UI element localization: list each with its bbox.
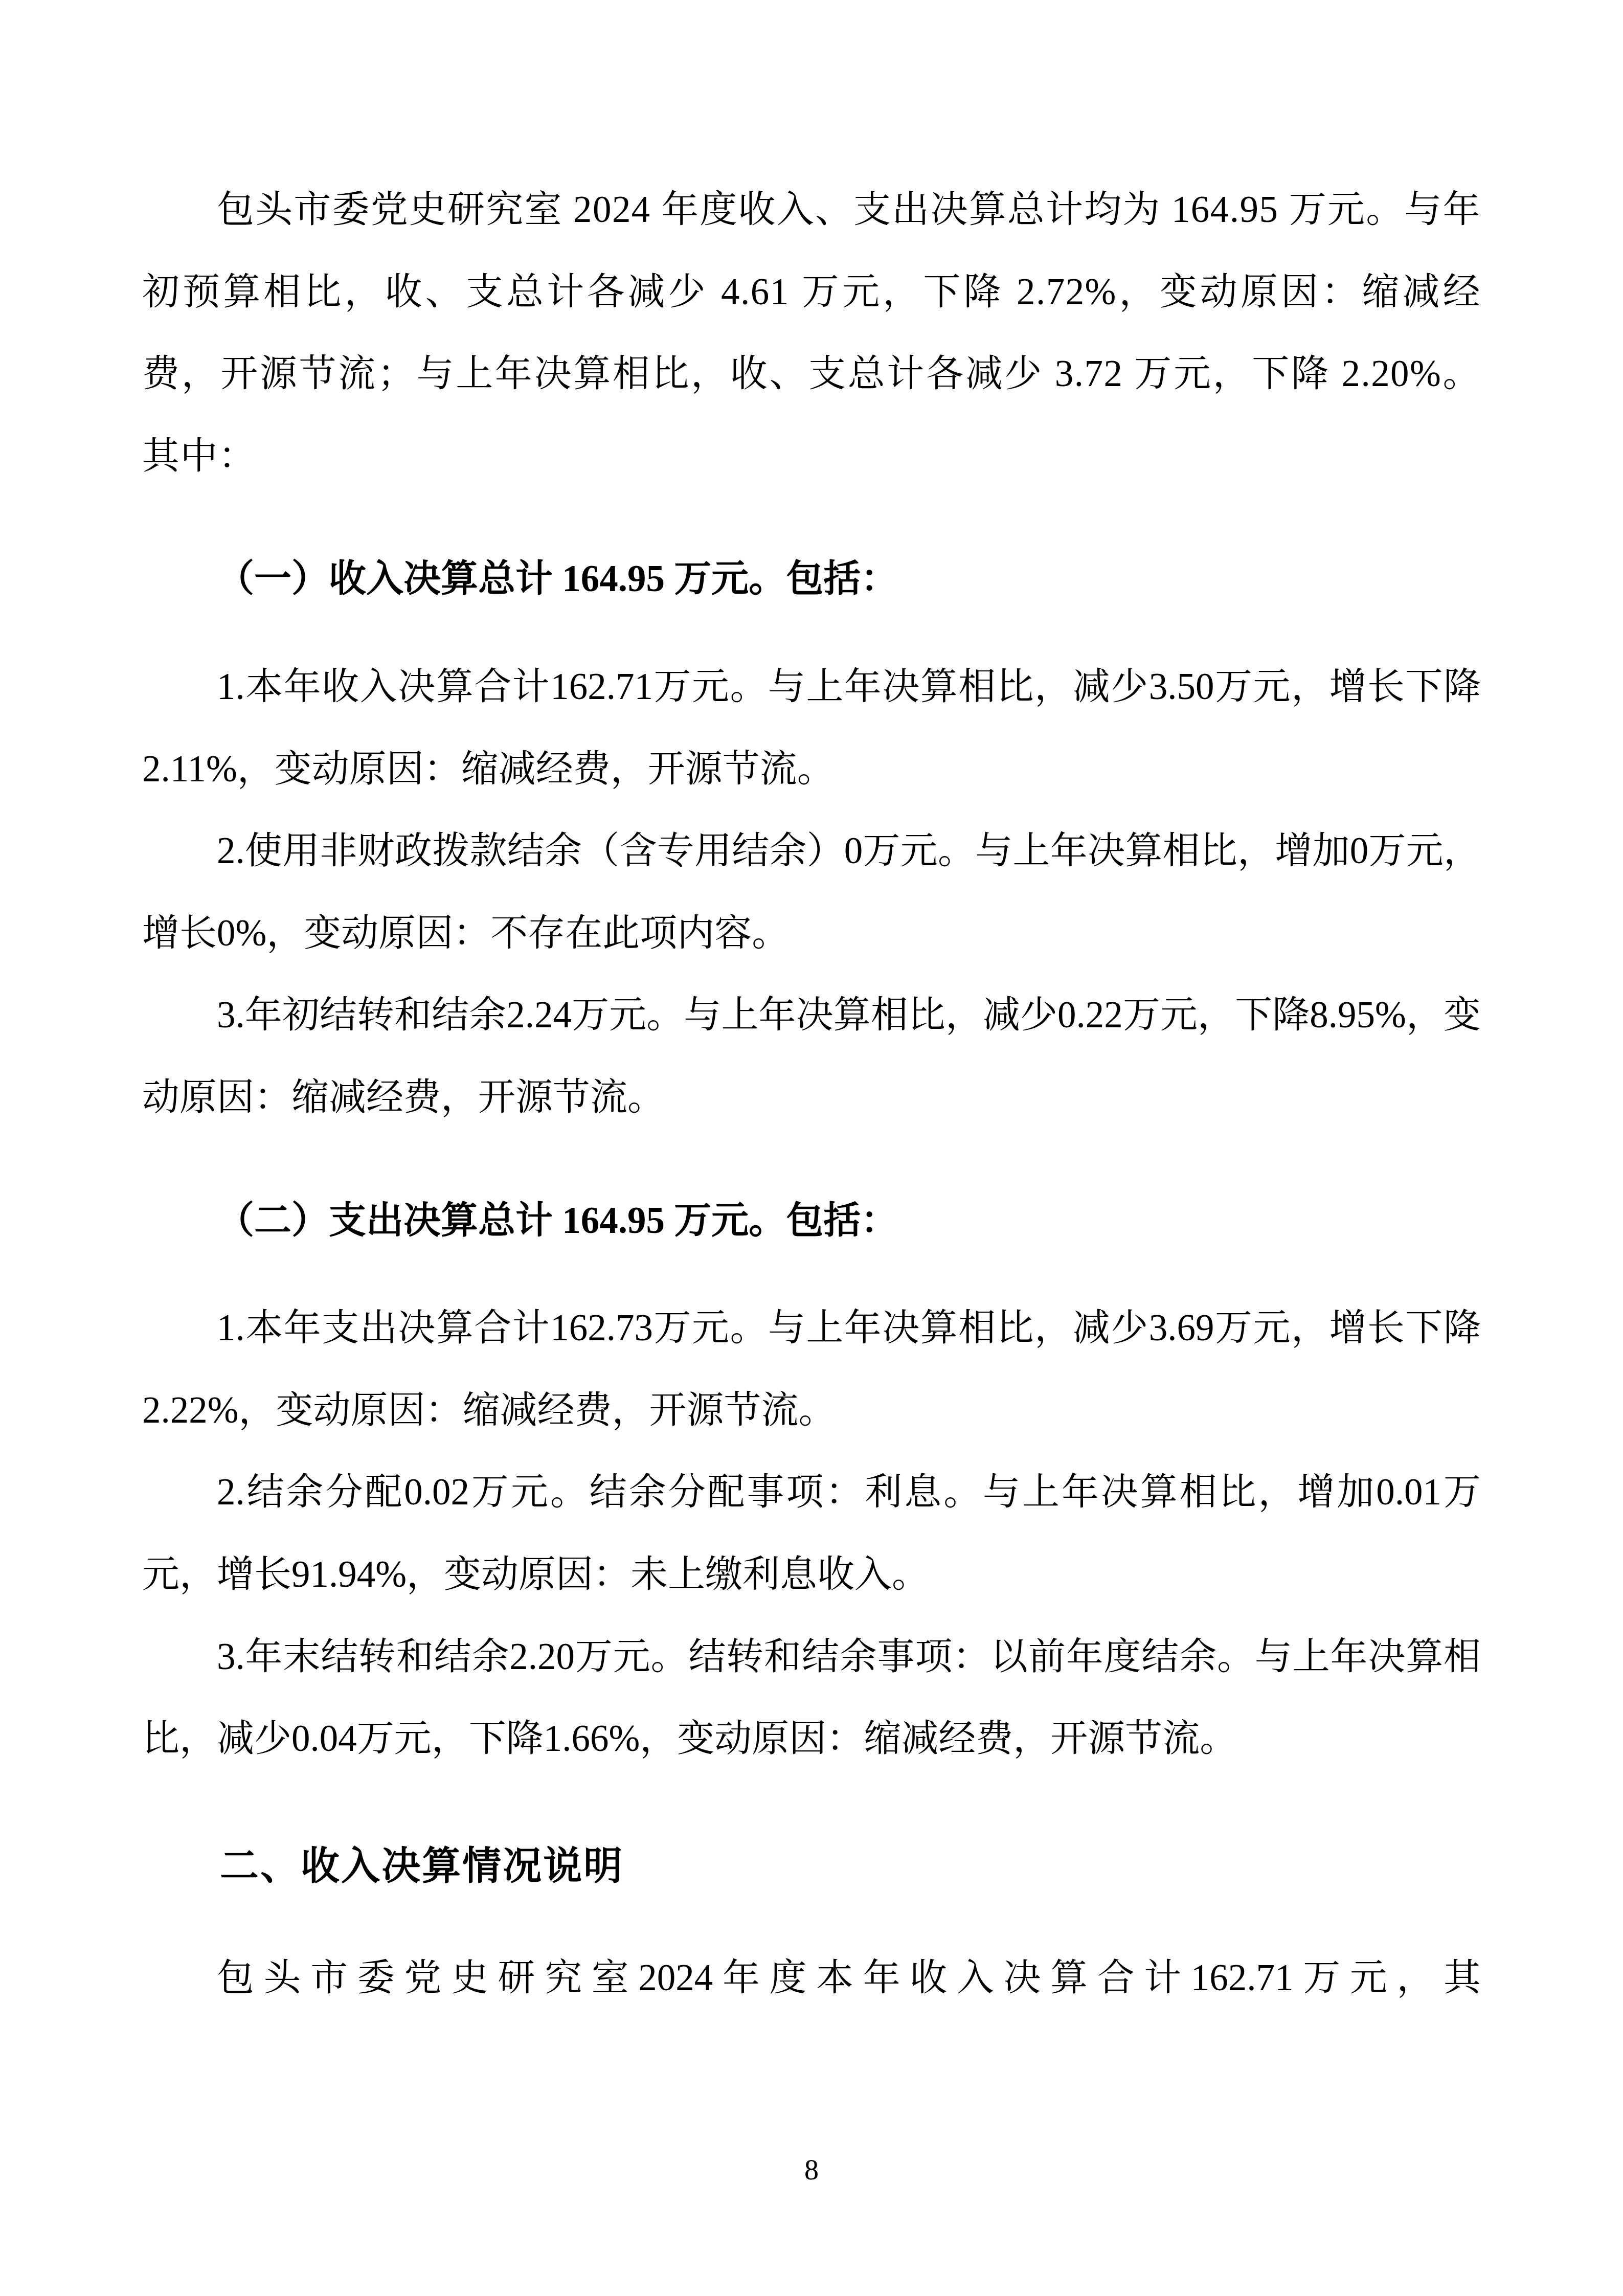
- closing-paragraph: 包头市委党史研究室2024年度本年收入决算合计162.71万元，其: [142, 1937, 1481, 2019]
- section-1-item-2: 2.使用非财政拨款结余（含专用结余）0万元。与上年决算相比，增加0万元，增长0%…: [142, 810, 1481, 974]
- document-page: 包头市委党史研究室 2024 年度收入、支出决算总计均为 164.95 万元。与…: [0, 0, 1623, 2296]
- income-section-heading: 二、收入决算情况说明: [142, 1824, 1481, 1909]
- section-2-item-3: 3.年末结转和结余2.20万元。结转和结余事项：以前年度结余。与上年决算相比，减…: [142, 1616, 1481, 1780]
- intro-paragraph: 包头市委党史研究室 2024 年度收入、支出决算总计均为 164.95 万元。与…: [142, 169, 1481, 497]
- section-2-heading: （二）支出决算总计 164.95 万元。包括：: [142, 1180, 1481, 1262]
- section-1-heading: （一）收入决算总计 164.95 万元。包括：: [142, 538, 1481, 620]
- section-1-item-3: 3.年初结转和结余2.24万元。与上年决算相比，减少0.22万元，下降8.95%…: [142, 974, 1481, 1138]
- section-1-item-1: 1.本年收入决算合计162.71万元。与上年决算相比，减少3.50万元，增长下降…: [142, 646, 1481, 810]
- section-2-item-1: 1.本年支出决算合计162.73万元。与上年决算相比，减少3.69万元，增长下降…: [142, 1287, 1481, 1451]
- page-number: 8: [0, 2156, 1623, 2185]
- section-2-item-2: 2.结余分配0.02万元。结余分配事项：利息。与上年决算相比，增加0.01万元，…: [142, 1451, 1481, 1615]
